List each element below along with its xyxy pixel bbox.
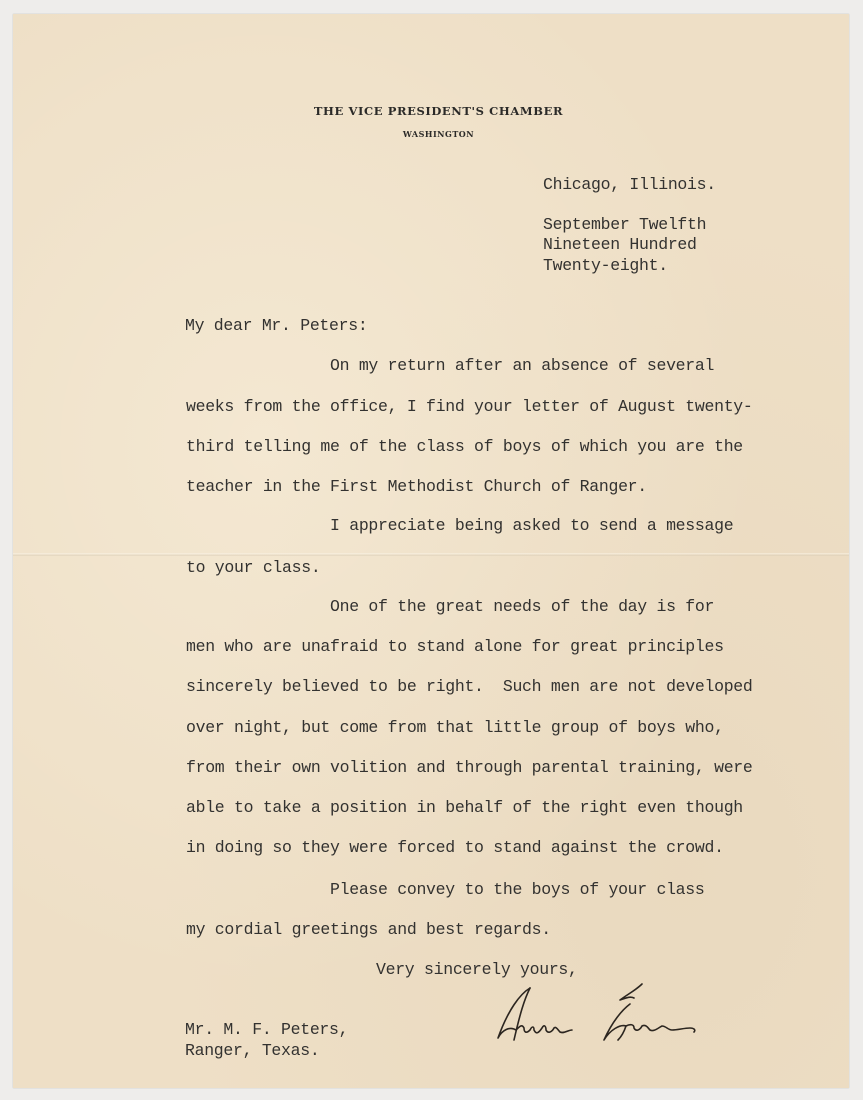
body-line: sincerely believed to be right. Such men…	[186, 677, 753, 696]
body-line: third telling me of the class of boys of…	[186, 437, 743, 456]
body-line: my cordial greetings and best regards.	[186, 920, 551, 939]
body-line: to your class.	[186, 558, 320, 577]
body-line: On my return after an absence of several	[186, 356, 714, 375]
paper-fold-crease	[13, 553, 849, 556]
letterhead-subtitle: WASHINGTON	[0, 129, 863, 139]
body-line: over night, but come from that little gr…	[186, 718, 724, 737]
signature-handwritten	[480, 970, 720, 1050]
body-line: able to take a position in behalf of the…	[186, 798, 743, 817]
body-line: weeks from the office, I find your lette…	[186, 397, 753, 416]
body-line: men who are unafraid to stand alone for …	[186, 637, 724, 656]
recipient-location: Ranger, Texas.	[185, 1041, 319, 1060]
body-line: teacher in the First Methodist Church of…	[186, 477, 647, 496]
body-line: One of the great needs of the day is for	[186, 597, 714, 616]
body-line: Please convey to the boys of your class	[186, 880, 705, 899]
recipient-name: Mr. M. F. Peters,	[185, 1020, 348, 1039]
salutation: My dear Mr. Peters:	[185, 316, 367, 335]
body-line: from their own volition and through pare…	[186, 758, 753, 777]
body-line: in doing so they were forced to stand ag…	[186, 838, 724, 857]
date-line-2: Nineteen Hundred	[543, 235, 697, 254]
letterhead-title: THE VICE PRESIDENT'S CHAMBER	[0, 104, 863, 118]
body-line: I appreciate being asked to send a messa…	[186, 516, 733, 535]
date-line-1: September Twelfth	[543, 215, 706, 234]
place-line: Chicago, Illinois.	[543, 175, 716, 194]
date-line-3: Twenty-eight.	[543, 256, 668, 275]
